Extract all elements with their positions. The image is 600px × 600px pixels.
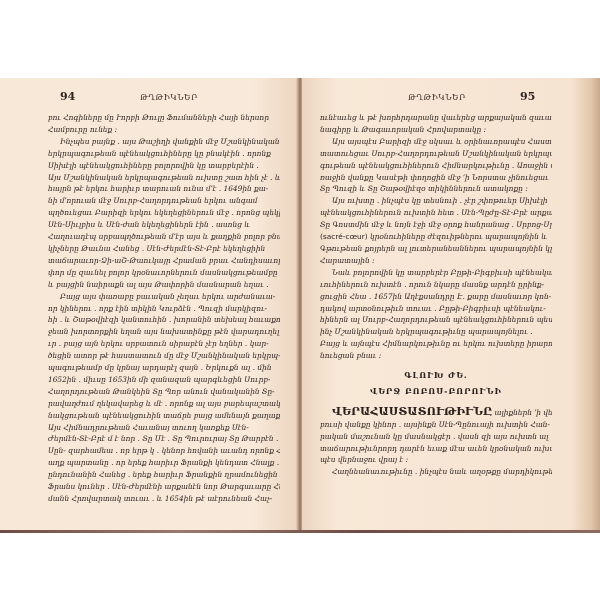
text-line: բուսի վանքը կինոր ․ այսինքն Սէն-Պընուայի… [320, 419, 552, 431]
text-line: Այս այսպէս Բարիզի մէջ սկսաւ և օրինաւորապ… [320, 136, 552, 148]
text-line: Տը Պուզի և Տը Շաթօվիէզօ տիկիններուն ատակ… [320, 183, 552, 195]
chapter-opening-word: ՎԵՐԱՀԱՍՏԱՏՈՒԹԻՒՆԸ [332, 406, 492, 418]
text-line: ունէաւեց և թէ խորհրդարանը վաւերեց արքայա… [320, 112, 552, 124]
text-line: Այս Մշանկինական երկրպագութեան ուխտը շատ … [48, 172, 280, 184]
text-line: Սէն-Սիւլբիս և Սէն-ժան եկեղեցիներն էին ․ … [48, 219, 280, 231]
text-line: Բայց և այնպէս Հիմնարկութիւնը ու երկու ու… [320, 338, 552, 350]
text-line: (sacré-cœur) կրօնուհիները ժէզուիթներու պ… [320, 231, 552, 243]
text-line: փոր մը զաւնել բոլոր կրօնաւորներուն մասնա… [48, 267, 280, 279]
text-line: Ժերմէն-Տէ-Բրէ մ է նոր ․ Տը Մէ ․ Տը Պուրո… [48, 433, 280, 445]
text-line: մանն Հրովարտակ տուաւ ․ և 1654ին թէ աէրու… [48, 493, 280, 505]
text-line: նի մ՚որուան մէջ Սուրբ-Հաղորդութեան երկու… [48, 195, 280, 207]
text-line: Գթութեան քոյրերն ալ լուտերանեաններու պար… [320, 243, 552, 255]
right-page: ԹՂԹԻԿՆԵՐ 95 ունէաւեց և թէ խորհրդարանը վա… [302, 78, 600, 530]
text-line: Ինչպես բայնք ․ այս Թաշիղի վանքին մէջ Մշա… [48, 136, 280, 148]
text-line: հի ․ և Շաթօվիէզի կանտուհին ․ խորանին տեխ… [48, 314, 280, 326]
text-after-chapter: բուսի վանքը կինոր ․ այսինքն Սէն-Պընուայի… [320, 419, 552, 479]
text-line: րական մաշունան կը մասնակցէր ․ վասն զի այ… [320, 431, 552, 443]
chapter-first-line: ՎԵՐԱՀԱՍՏԱՏՈՒԹԻՒՆԸ ալիքներն ՚ի վեր Բըթի-Բ… [320, 406, 552, 419]
text-line: պագութեամբ մը կրնայ արդարէլ զայն ․ Երկու… [48, 362, 280, 374]
open-book: 94 ԹՂԹԻԿՆԵՐ բու Հոգիները մը Ւորբի Թուլը … [0, 78, 600, 530]
text-line: Հարատային ։ [320, 255, 552, 267]
text-line: 1652ին ․ միւսը 1653ին մի զանազան պարգևեց… [48, 374, 280, 386]
text-line: նագիրը և Թագաւորական Հրովարտակը ։ [320, 124, 552, 136]
text-line: տատուեցաւ Սուրբ-Հաղորդութեան Մշանկինական… [320, 148, 552, 160]
page-number: 95 [520, 90, 535, 103]
text-line: ւուհիներուն ուխտէն ․ որուն նկարը մասնք ա… [320, 279, 552, 291]
text-line: նակցութեան պէնեակցուհին տաճրե բայց ամենա… [48, 410, 280, 422]
chapter-number: ԳԼՈՒԽ ԺԵ. [320, 370, 552, 382]
text-line: Բայց այս փառաբը բաւական չեղաւ երկու արժա… [48, 291, 280, 303]
text-line: պէս վերնաջու վրայ է ։ [320, 454, 552, 466]
running-header: ԹՂԹԻԿՆԵՐ [408, 93, 466, 102]
text-line: տաճարաւոր-Ձի-աՇ-Թաուկայր Հրաման բրաւ Հան… [48, 255, 280, 267]
text-line: Հաղուադէպ սրբապղծութեան մ՚էր այս և քաղքի… [48, 231, 280, 243]
text-line: Ֆրանս կուներ ․ Սէն-Ժերմէնի արքանէն նոր Թ… [48, 481, 280, 493]
text-line: ծեցին ատոր թէ հաստատուն մը մէջ Մշանկինակ… [48, 350, 280, 362]
page-number: 94 [60, 90, 75, 103]
text-line: Սըն- զարհամեա ․ որ երթ կ ․ կենոր հովանի … [48, 445, 280, 457]
text-before-chapter: ունէաւեց և թէ խորհրդարանը վաւերեց արքայա… [320, 112, 552, 362]
text-line: ցուցին Հեա ․ 1657ին Աղէքսանդրը Է․ քարը մ… [320, 291, 552, 303]
text-line: դակով արտօնութիւն տուաւ ․ Բըթի-Բիգբիւսի … [320, 303, 552, 315]
left-page: 94 ԹՂԹԻԿՆԵՐ բու Հոգիները մը Ւորբի Թուլը … [0, 78, 298, 530]
text-line: աղք պարտանը ․ որ երեք հարիւր Ֆրանքի կենդ… [48, 457, 280, 469]
text-line: գութեան պէնեակցուհիներուն Հիմնարկութիւնը… [320, 160, 552, 172]
text-line: Սիխէլի պէնեակցուհիները բոլորովին կը տարբ… [48, 160, 280, 172]
text-line: Համբուրը ունեք ։ [48, 124, 280, 136]
page-body-text: ունէաւեց և թէ խորհրդարանը վաւերեց արքայա… [320, 112, 552, 478]
page-body-text: բու Հոգիները մը Ւորբի Թուլը Ֆումանների Հ… [48, 112, 280, 505]
text-line: որ կիներու ․ որք էին տիկին Կուրձէն ․ Պու… [48, 303, 280, 315]
text-line: տաճարութիւնրորդ դարէն եւաք մէա աւեն կրօն… [320, 443, 552, 455]
text-line: Այս Հիմնադրութեան Հաւանայ տուող կառքեք Ս… [48, 422, 280, 434]
text-line: և բայցին նաիրաքն ալ այս Թափորին մասնարան… [48, 279, 280, 291]
text-line: Այս ուխտը ․ ինչպէս կը տեսնուի ․ չէր շփոթ… [320, 195, 552, 207]
text-line: ւր ․ բայց այն երկու սրբատուն սիրաբէն չէր… [48, 338, 280, 350]
text-line: բու Հոգիները մը Ւորբի Թուլը Ֆումանների Հ… [48, 112, 280, 124]
running-header: ԹՂԹԻԿՆԵՐ [140, 93, 198, 102]
text-line: պղծուեցաւ Բարիզի երկու եկեղեցիներուն մէջ… [48, 207, 280, 219]
text-line: ինչ Մշանկինական երկրպագութիւնը պարապոյնե… [320, 326, 552, 338]
text-line: րավաղժում ղեկավարեց և մէ ․ որոնք ալ այս … [48, 398, 280, 410]
text-line: կիչները Թաւնա Հանեց ․ Սէն-Ժերմէն-Տէ-Բրէ … [48, 243, 280, 255]
text-line: հիներն ալ Սուրբ-Հաղորդութեան պէնեակցուհի… [320, 314, 552, 326]
text-line: Տը Գոստմին մէջ և նոյն էջի մէջ օրոք հանրա… [320, 219, 552, 231]
text-line: հայրն թէ երկու հարիւր տարուան ունա մ՚է ․… [48, 183, 280, 195]
text-line: ջեան խորտորքին եղան այս նախատինքը թէն վա… [48, 326, 280, 338]
text-line: ընդունանին Հանեց ․ երեք հարիւր Ֆրանքին ղ… [48, 469, 280, 481]
text-line: պէնեակցուհիներուն ուխտին հետ ․ Սէն-Պըժը-… [320, 207, 552, 219]
text-line: Հաղնեանաւութիւնը ․ ինչպէս նաև աղօթքը մար… [320, 466, 552, 478]
text-line: երկրպագութեան պէնեակցուհիները կը բնակէին… [48, 148, 280, 160]
text-line: ռաջին վանքը Կասէթի փողոցին մէջ ՚ի Նորստա… [320, 172, 552, 184]
text-line: նուեցան բնաւ ։ [320, 350, 552, 362]
chapter-title: ՎԵՐՋ ԲՈԲՈՍ-ԲՈՐՈՒՆԻ [320, 386, 552, 398]
text-line: Նաև բոլորովին կը տարբերէր Բըթի-Բիգբիւսի … [320, 267, 552, 279]
text-line: Հաղորդութեան Թանկեին Տը Պոր անուն վանակա… [48, 386, 280, 398]
